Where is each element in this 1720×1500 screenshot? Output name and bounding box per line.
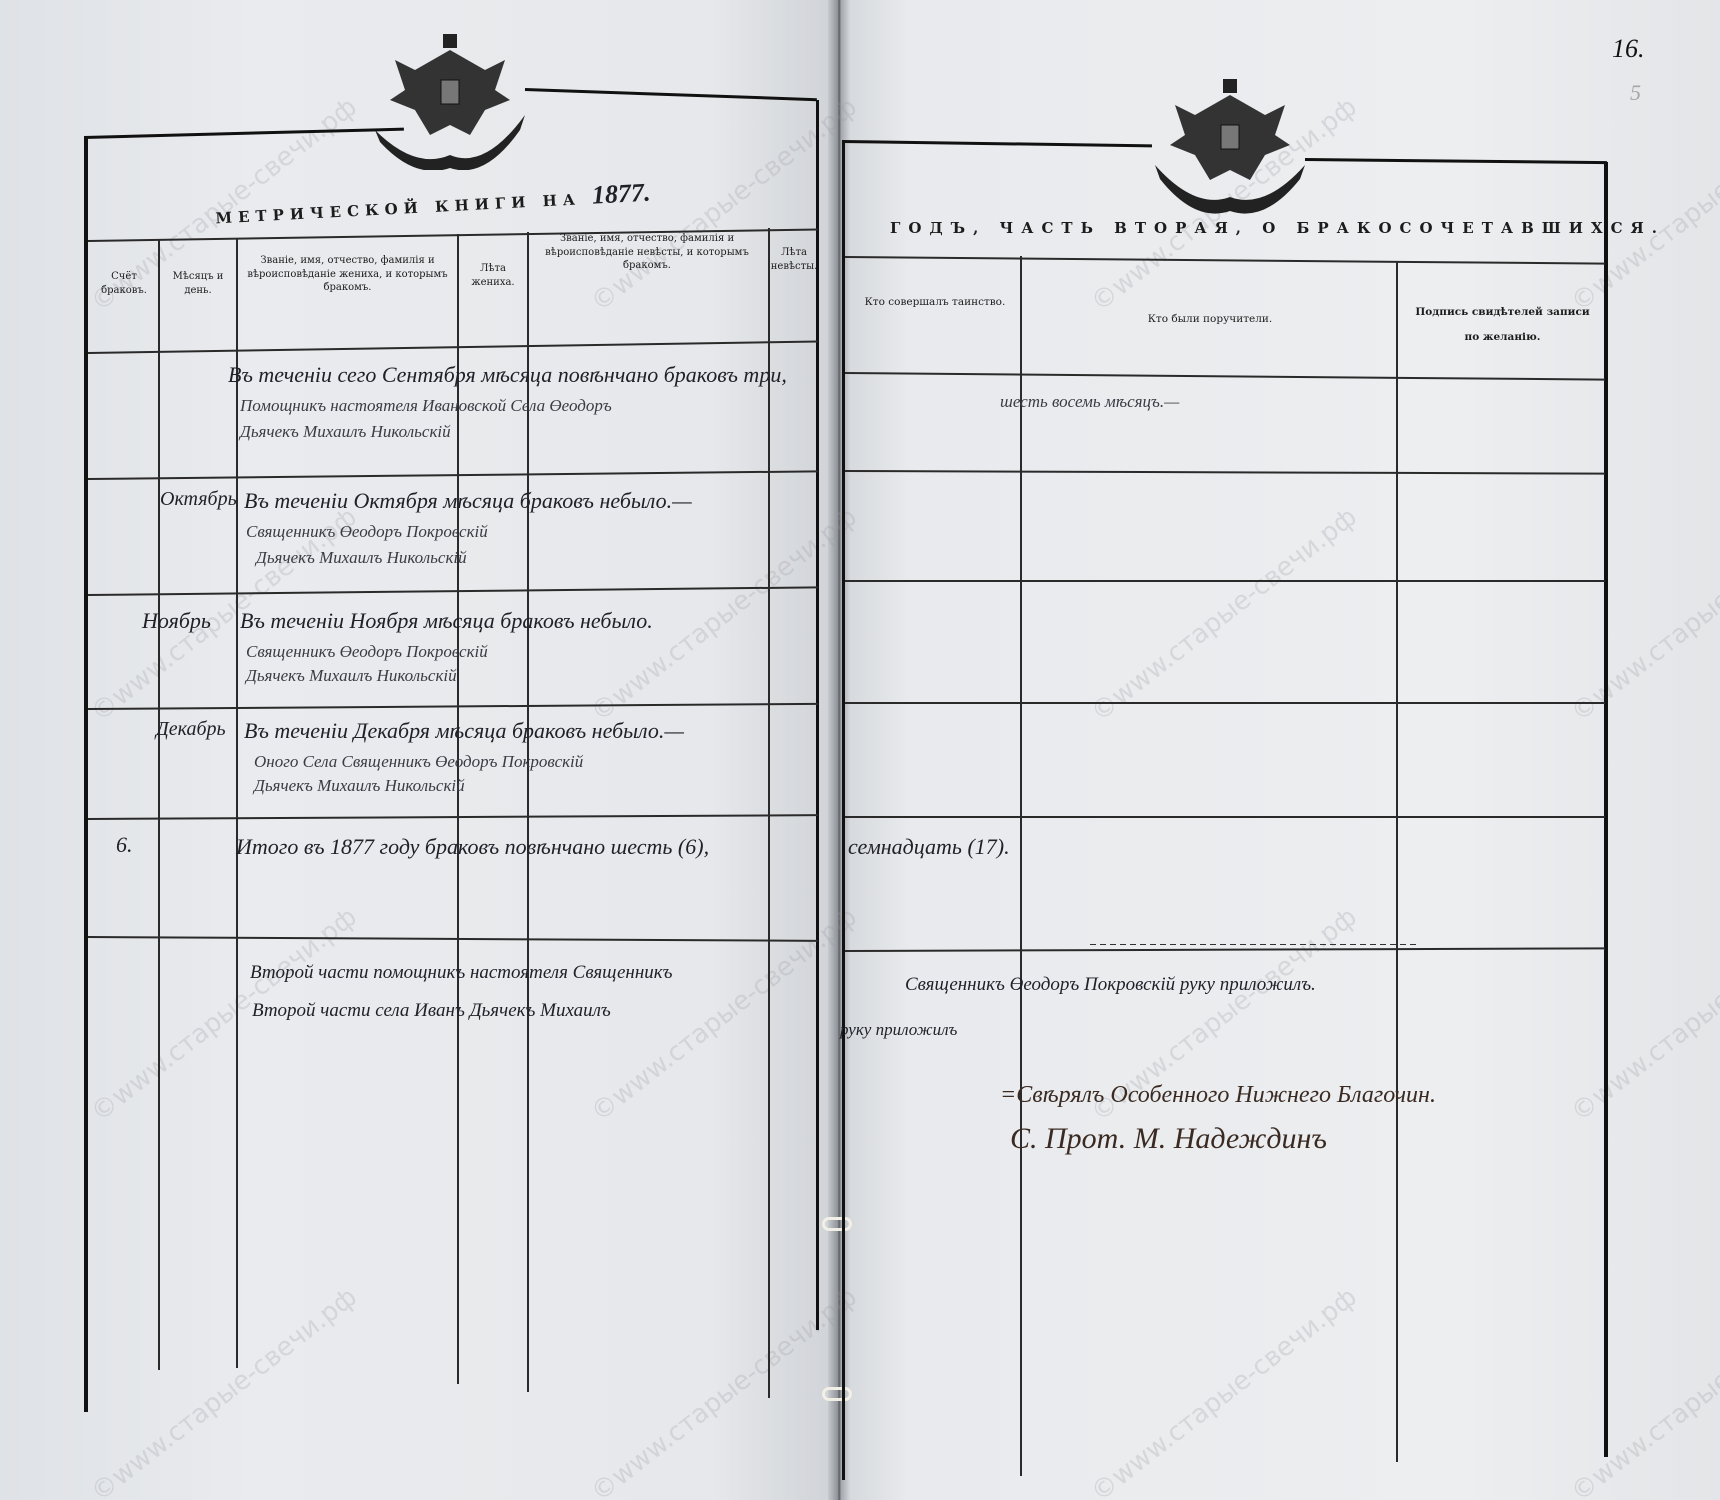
- column-header-officiant: Кто совершалъ таинство.: [860, 290, 1010, 315]
- frame-left-border: [84, 136, 88, 1412]
- entry-november-line1: Въ теченіи Ноября мѣсяца браковъ небыло.: [240, 608, 653, 634]
- certification-line1-left: Второй части помощникъ настоятеля Священ…: [250, 962, 673, 984]
- column-divider: [158, 240, 160, 1370]
- imperial-eagle-icon: [1150, 75, 1310, 215]
- entry-december-line1: Въ теченіи Декабря мѣсяца браковъ небыло…: [244, 718, 684, 744]
- left-page: [0, 0, 838, 1500]
- dashed-line: [1090, 944, 1420, 945]
- entry-october-month: Октябрь: [160, 488, 237, 511]
- certification-line1-right: Священникъ Өеодоръ Покровскій руку прило…: [905, 974, 1316, 996]
- total-count: 6.: [116, 832, 133, 858]
- frame-right-border: [816, 100, 819, 1330]
- inspection-signature: С. Прот. М. Надеждинъ: [1010, 1122, 1327, 1156]
- right-page-title: ГОДЪ, ЧАСТЬ ВТОРАЯ, О БРАКОСОЧЕТАВШИХСЯ.: [890, 218, 1665, 238]
- total-text-right: семнадцать (17).: [848, 834, 1010, 860]
- binding-thread: [822, 1217, 852, 1231]
- entry-october-line2: Священникъ Өеодоръ Покровскій: [246, 522, 488, 542]
- entry-november-line3: Дьячекъ Михаилъ Никольскій: [246, 666, 457, 686]
- entry-september-line3: Дьячекъ Михаилъ Никольскій: [240, 422, 451, 442]
- column-header-month: Мѣсяцъ и день.: [160, 270, 236, 297]
- row-separator: [845, 580, 1605, 582]
- entry-december-line3: Дьячекъ Михаилъ Никольскій: [254, 776, 465, 796]
- page-number-pencil: 5: [1630, 80, 1641, 106]
- column-header-count: Счёт браковъ.: [90, 270, 158, 297]
- entry-september-line2: Помощникъ настоятеля Ивановской Села Өео…: [240, 396, 612, 416]
- title-year: 1877.: [591, 178, 651, 210]
- column-divider: [1396, 262, 1398, 1462]
- column-header-bride: Званіе, имя, отчество, фамилія и вѣроисп…: [532, 232, 762, 273]
- entry-november-month: Ноябрь: [142, 608, 211, 634]
- entry-september-line1: Въ теченіи сего Сентября мѣсяца повѣнчан…: [228, 362, 787, 388]
- column-header-signatures: Подпись свидѣтелей записи по желанію.: [1410, 300, 1595, 350]
- column-header-guarantors: Кто были поручители.: [1030, 312, 1390, 326]
- imperial-eagle-icon: [375, 30, 525, 170]
- column-header-groom: Званіе, имя, отчество, фамилія и вѣроисп…: [245, 254, 450, 295]
- entry-september-line1-cont: шесть восемь мѣсяцъ.—: [1000, 392, 1179, 412]
- binding-thread: [822, 1387, 852, 1401]
- inspection-line1: =Свѣрялъ Особенного Нижнего Благочин.: [1000, 1082, 1436, 1109]
- entry-december-month: Декабрь: [156, 718, 226, 741]
- column-divider: [1020, 256, 1022, 1476]
- frame-right-border: [1604, 162, 1608, 1457]
- entry-december-line2: Оного Села Священникъ Өеодоръ Покровскій: [254, 752, 583, 772]
- book-spine: [828, 0, 850, 1500]
- column-divider: [236, 238, 238, 1368]
- certification-line2-right: руку приложилъ: [840, 1020, 957, 1040]
- page-number: 16.: [1612, 34, 1645, 64]
- row-separator: [845, 702, 1605, 704]
- column-header-bride-age: Лѣта невѣсты.: [770, 246, 818, 273]
- total-text-left: Итого въ 1877 году браковъ повѣнчано шес…: [236, 834, 709, 860]
- certification-line2-left: Второй части села Иванъ Дьячекъ Михаилъ: [252, 1000, 611, 1022]
- entry-october-line1: Въ теченіи Октября мѣсяца браковъ небыло…: [244, 488, 692, 514]
- entry-november-line2: Священникъ Өеодоръ Покровскій: [246, 642, 488, 662]
- column-header-groom-age: Лѣта жениха.: [462, 262, 524, 289]
- row-separator: [845, 816, 1605, 818]
- column-divider: [768, 228, 770, 1398]
- entry-october-line3: Дьячекъ Михаилъ Никольскій: [256, 548, 467, 568]
- frame-left-border: [842, 140, 845, 1480]
